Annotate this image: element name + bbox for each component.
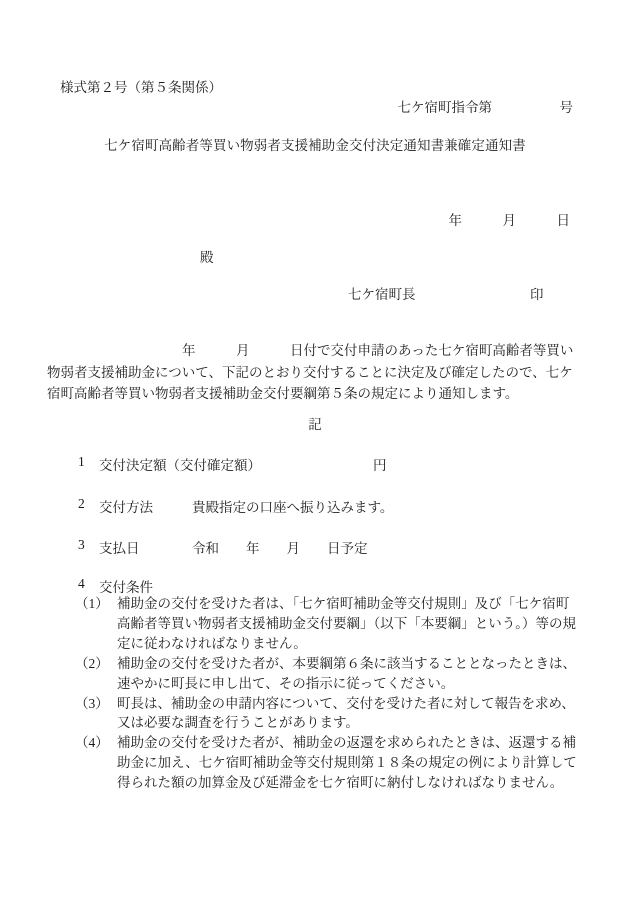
- condition-marker: （2）: [75, 654, 109, 674]
- condition-line: 高齢者等買い物弱者支援補助金交付要綱」（以下「本要綱」という。）等の規: [117, 614, 600, 634]
- conditions-list: （1） 補助金の交付を受けた者は、「七ケ宿町補助金等交付規則」及び「七ケ宿町 高…: [0, 594, 600, 793]
- item-number: 3: [78, 537, 85, 553]
- directive-number: 七ケ宿町指令第 号: [398, 100, 574, 115]
- item-number: 2: [78, 496, 85, 512]
- item-payment-date: 3 支払日 令和 年 月 日予定: [0, 537, 630, 554]
- item-grant-method: 2 交付方法 貴殿指定の口座へ振り込みます。: [0, 496, 630, 513]
- condition-line: 補助金の交付を受けた者が、補助金の返還を求められたときは、返還する補: [117, 733, 600, 753]
- body-line: 宿町高齢者等買い物弱者支援補助金交付要綱第５条の規定により通知します。: [47, 383, 590, 405]
- item-label: 交付方法: [99, 496, 153, 516]
- condition-line: 助金に加え、七ケ宿町補助金等交付規則第１８条の規定の例により計算して: [117, 753, 600, 773]
- item-value: 貴殿指定の口座へ振り込みます。: [192, 496, 393, 516]
- condition-marker: （3）: [75, 694, 109, 714]
- document-page: 様式第２号（第５条関係） 七ケ宿町指令第 号 七ケ宿町高齢者等買い物弱者支援補助…: [0, 0, 630, 903]
- condition-item-3: （3） 町長は、補助金の申請内容について、交付を受けた者に対して報告を求め、 又…: [0, 694, 600, 734]
- condition-line: 町長は、補助金の申請内容について、交付を受けた者に対して報告を求め、: [117, 694, 600, 714]
- condition-item-1: （1） 補助金の交付を受けた者は、「七ケ宿町補助金等交付規則」及び「七ケ宿町 高…: [0, 594, 600, 654]
- issuer-name: 七ケ宿町長: [348, 287, 416, 302]
- condition-marker: （4）: [75, 733, 109, 753]
- page-title: 七ケ宿町高齢者等買い物弱者支援補助金交付決定通知書兼確定通知書: [0, 138, 630, 153]
- item-number: 1: [78, 454, 85, 470]
- item-value: 令和 年 月 日予定: [192, 537, 368, 557]
- body-paragraph: 年 月 日付で交付申請のあった七ケ宿町高齢者等買い 物弱者支援補助金について、下…: [47, 340, 590, 405]
- form-number: 様式第２号（第５条関係）: [60, 80, 222, 95]
- item-label: 支払日: [99, 537, 140, 557]
- body-line: 物弱者支援補助金について、下記のとおり交付することに決定及び確定したので、七ケ: [47, 362, 590, 384]
- item-label: 交付決定額（交付確定額）: [99, 454, 261, 474]
- item-label: 交付条件: [99, 576, 153, 596]
- amount-unit: 円: [373, 454, 387, 474]
- condition-marker: （1）: [75, 594, 109, 614]
- body-line: 年 月 日付で交付申請のあった七ケ宿町高齢者等買い: [47, 340, 590, 362]
- condition-line: 得られた額の加算金及び延滞金を七ケ宿町に納付しなければなりません。: [117, 773, 600, 793]
- condition-item-2: （2） 補助金の交付を受けた者が、本要綱第６条に該当することとなったときは、 速…: [0, 654, 600, 694]
- condition-line: 又は必要な調査を行うことがあります。: [117, 713, 600, 733]
- item-grant-amount: 1 交付決定額（交付確定額） 円: [0, 454, 630, 471]
- condition-item-4: （4） 補助金の交付を受けた者が、補助金の返還を求められたときは、返還する補 助…: [0, 733, 600, 793]
- item-grant-conditions: 4 交付条件: [0, 576, 630, 593]
- addressee-honorific: 殿: [200, 250, 214, 265]
- item-number: 4: [78, 576, 85, 592]
- condition-line: 速やかに町長に申し出て、その指示に従ってください。: [117, 674, 600, 694]
- condition-line: 補助金の交付を受けた者が、本要綱第６条に該当することとなったときは、: [117, 654, 600, 674]
- issue-date-blank: 年 月 日: [449, 213, 571, 228]
- condition-line: 定に従わなければなりません。: [117, 634, 600, 654]
- condition-line: 補助金の交付を受けた者は、「七ケ宿町補助金等交付規則」及び「七ケ宿町: [117, 594, 600, 614]
- issuer-row: 七ケ宿町長 印: [0, 287, 630, 303]
- seal-mark: 印: [530, 287, 544, 302]
- record-heading: 記: [0, 417, 630, 432]
